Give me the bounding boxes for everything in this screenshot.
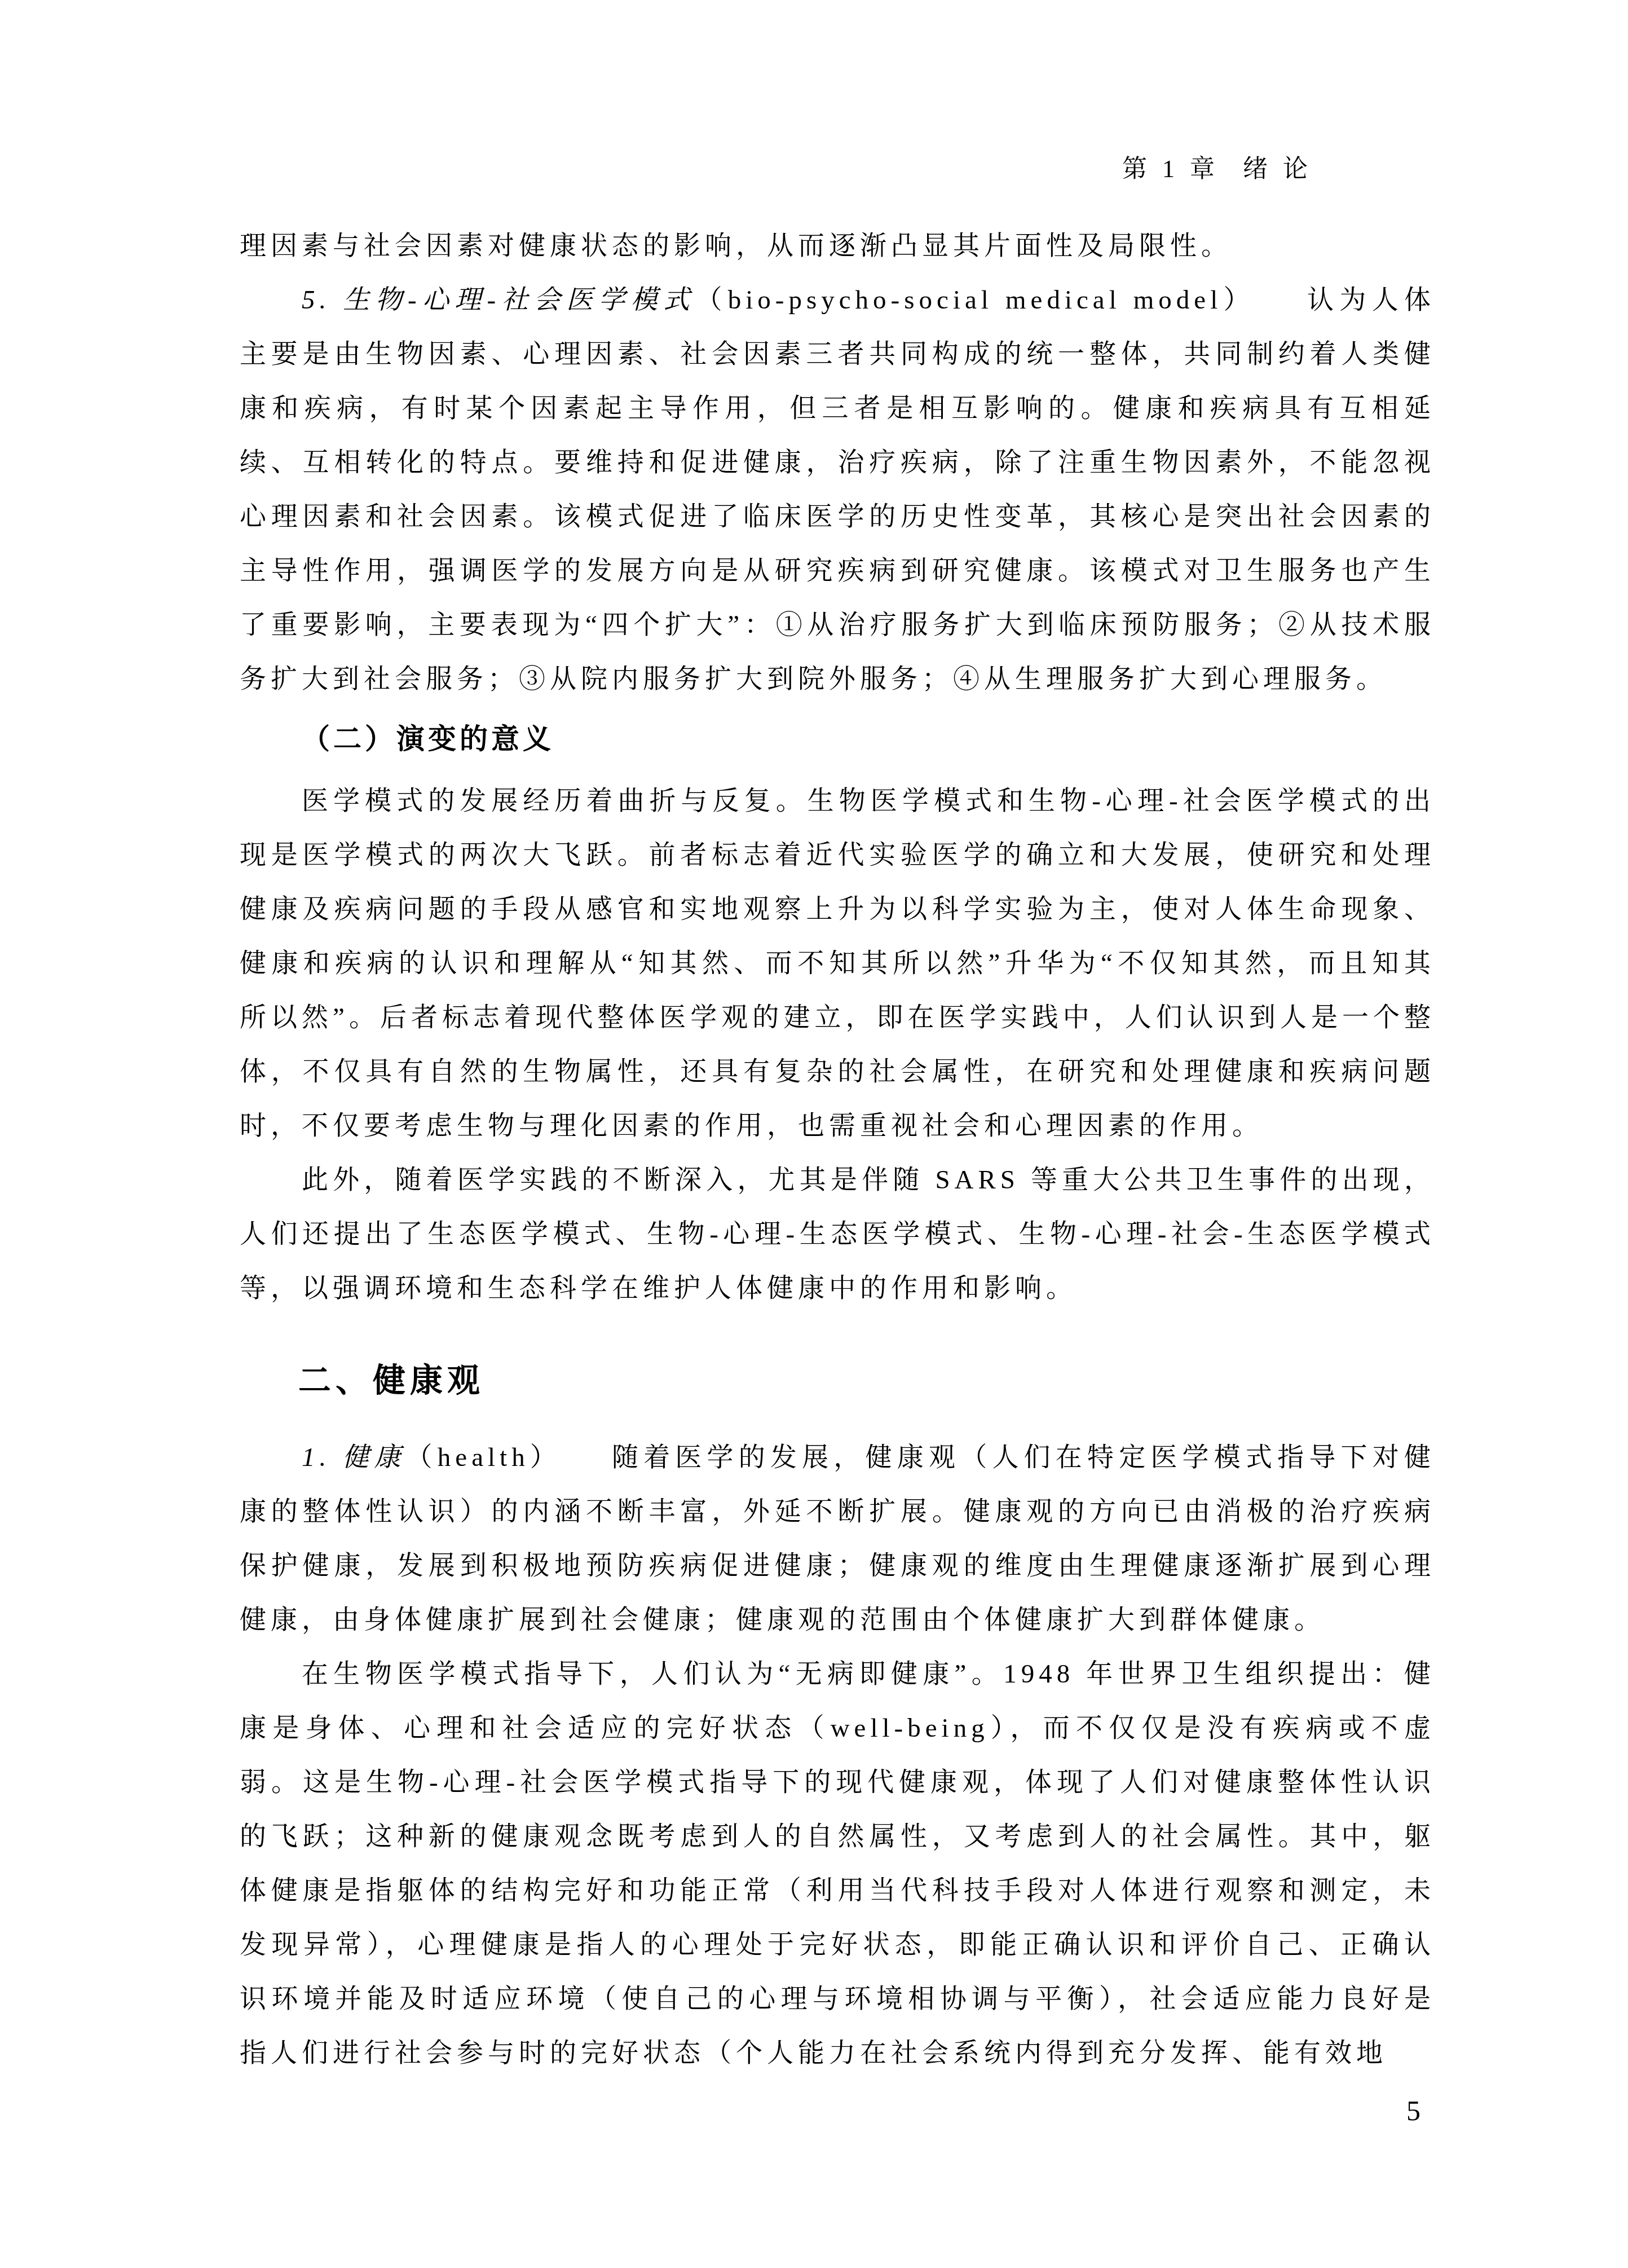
paragraph-text: 理因素与社会因素对健康状态的影响，从而逐渐凸显其片面性及局限性。 [240, 231, 1232, 261]
paragraph-text: 在生物医学模式指导下，人们认为“无病即健康”。1948 年世界卫生组织提出：健康… [240, 1659, 1435, 2068]
paragraph-text: （bio-psycho-social medical model） 认为人体主要… [240, 285, 1435, 694]
paragraph-biopsychosocial-model: 5. 生物-心理-社会医学模式（bio-psycho-social medica… [240, 273, 1435, 706]
page-number: 5 [1406, 2094, 1420, 2128]
heading-evolution-significance: （二）演变的意义 [240, 712, 1435, 766]
paragraph-continuation: 理因素与社会因素对健康状态的影响，从而逐渐凸显其片面性及局限性。 [240, 219, 1435, 273]
running-header: 第 1 章绪 论 [1122, 153, 1312, 185]
term-lead-in: 5. 生物-心理-社会医学模式 [302, 285, 695, 315]
paragraph-medical-model-development: 医学模式的发展经历着曲折与反复。生物医学模式和生物-心理-社会医学模式的出现是医… [240, 774, 1435, 1153]
chapter-number-label: 第 1 章 [1122, 155, 1219, 183]
paragraph-modern-health-view: 在生物医学模式指导下，人们认为“无病即健康”。1948 年世界卫生组织提出：健康… [240, 1647, 1435, 2080]
paragraph-text: 医学模式的发展经历着曲折与反复。生物医学模式和生物-心理-社会医学模式的出现是医… [240, 786, 1435, 1140]
term-lead-in: 1. 健康 [302, 1443, 406, 1472]
book-page: 第 1 章绪 论 理因素与社会因素对健康状态的影响，从而逐渐凸显其片面性及局限性… [0, 0, 1628, 2268]
heading-health-concept: 二、健康观 [240, 1347, 1435, 1415]
paragraph-health-definition: 1. 健康（health） 随着医学的发展，健康观（人们在特定医学模式指导下对健… [240, 1430, 1435, 1647]
page-content: 理因素与社会因素对健康状态的影响，从而逐渐凸显其片面性及局限性。 5. 生物-心… [240, 219, 1435, 2080]
paragraph-text: 此外，随着医学实践的不断深入，尤其是伴随 SARS 等重大公共卫生事件的出现，人… [240, 1165, 1435, 1303]
paragraph-text: （health） 随着医学的发展，健康观（人们在特定医学模式指导下对健康的整体性… [240, 1443, 1435, 1635]
paragraph-ecological-models: 此外，随着医学实践的不断深入，尤其是伴随 SARS 等重大公共卫生事件的出现，人… [240, 1153, 1435, 1315]
chapter-title-label: 绪 论 [1243, 155, 1312, 183]
